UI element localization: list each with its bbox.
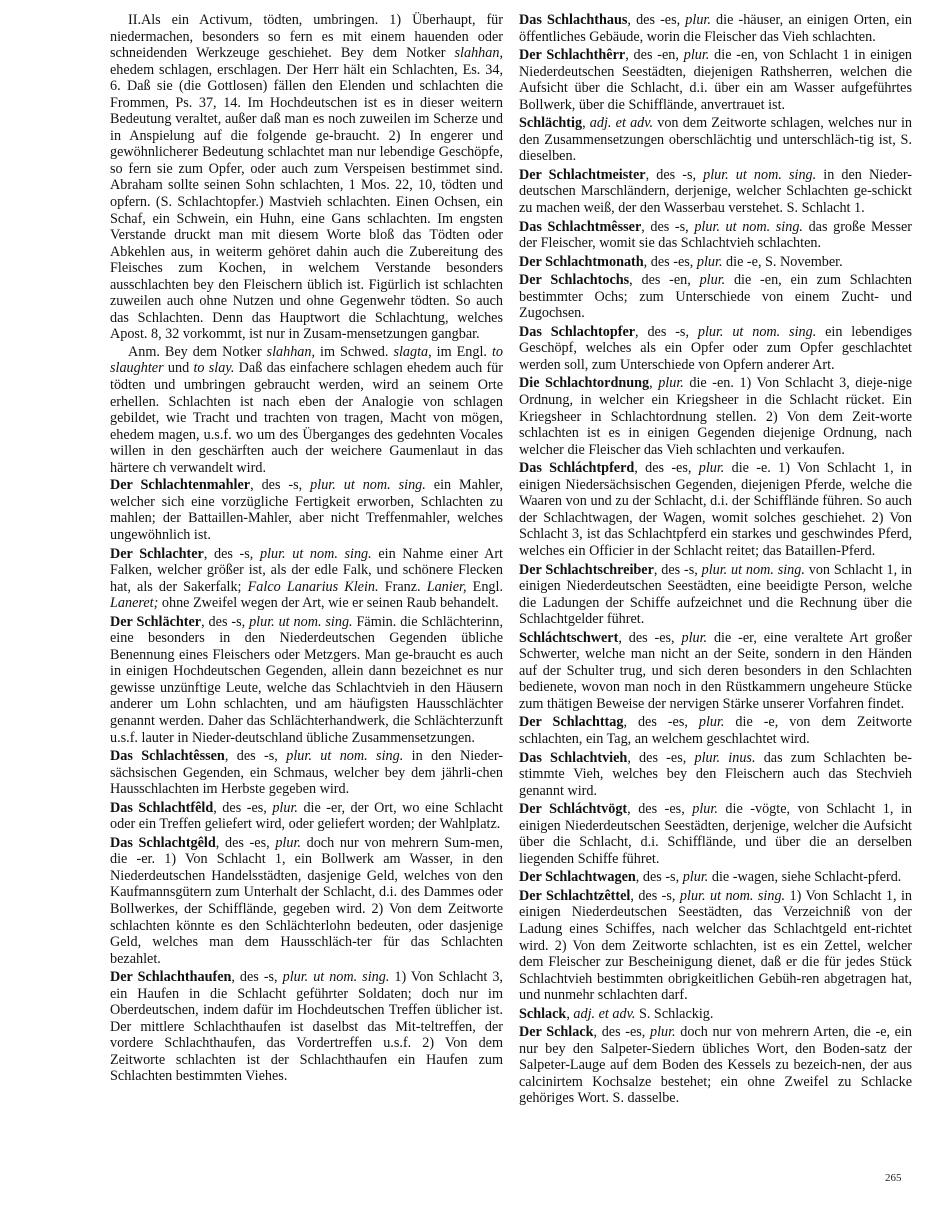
headword: Das Schlachtgêld [110, 835, 216, 851]
text: II.Als ein Activum, tödten, umbringen. 1… [110, 12, 503, 61]
dictionary-entry: Das Schlachtêssen, des -s, plur. ut nom.… [110, 748, 503, 798]
dictionary-entry: Schlächtig, adj. et adv. von dem Zeitwor… [519, 115, 912, 165]
text: , des -es, [216, 835, 276, 851]
text: die -e, S. November. [723, 254, 843, 270]
text: Anm. Bey dem Notker [128, 344, 267, 360]
headword: Das Schlachtêssen [110, 748, 225, 764]
text: ehedem schlagen, erschlagen. Der Herr hä… [110, 62, 503, 343]
text: und [164, 360, 194, 376]
italic-text: plur. ut nom. sing. [703, 167, 816, 183]
text: doch nur von mehrern Sum-men, die -er. 1… [110, 835, 503, 967]
headword: Der Schlachtmeister [519, 167, 646, 183]
headword: Der Schláchtvögt [519, 801, 627, 817]
text: , des -es, [594, 1024, 650, 1040]
text: S. Schlackig. [635, 1006, 713, 1022]
dictionary-entry: Das Schlachtgêld, des -es, plur. doch nu… [110, 835, 503, 967]
italic-text: plur. inus. [694, 750, 755, 766]
text: Fämin. die Schlächterinn, eine besonders… [110, 614, 503, 746]
body-paragraph: Anm. Bey dem Notker slahhan, im Schwed. … [110, 344, 503, 476]
dictionary-entry: Der Schlachtochs, des -en, plur. die -en… [519, 272, 912, 322]
text: im Schwed. [315, 344, 393, 360]
text: , des -es, [623, 714, 698, 730]
text: , des -s, [654, 562, 702, 578]
italic-text: slahhan, [455, 45, 503, 61]
dictionary-page: II.Als ein Activum, tödten, umbringen. 1… [0, 0, 935, 1210]
headword: Der Schlack [519, 1024, 594, 1040]
headword: Der Schlachtzêttel [519, 888, 630, 904]
dictionary-entry: Die Schlachtordnung, plur. die -en. 1) V… [519, 375, 912, 458]
text: Franz. [379, 579, 427, 595]
text: Daß das einfachere schlagen ehedem auch … [110, 360, 503, 475]
headword: Der Schlachtochs [519, 272, 629, 288]
italic-text: adj. et adv. [590, 115, 653, 131]
italic-text: plur. [683, 869, 709, 885]
headword: Der Schlachthêrr [519, 47, 625, 63]
dictionary-entry: Der Schlachter, des -s, plur. ut nom. si… [110, 546, 503, 612]
dictionary-entry: Das Schláchtpferd, des -es, plur. die -e… [519, 460, 912, 559]
headword: Das Schláchtpferd [519, 460, 634, 476]
text: ohne Zweifel wegen der Art, wie er seine… [158, 595, 498, 611]
italic-text: plur. [684, 47, 710, 63]
dictionary-entry: Der Schlachttag, des -es, plur. die -e, … [519, 714, 912, 747]
text: , [582, 115, 590, 131]
italic-text: plur. ut nom. sing. [249, 614, 353, 630]
italic-text: plur. ut nom. sing. [698, 324, 816, 340]
italic-text: plur. ut nom. sing. [283, 969, 390, 985]
headword: Schlächtig [519, 115, 582, 131]
headword: Schláchtschwert [519, 630, 618, 646]
text: , des -s, [641, 219, 694, 235]
italic-text: plur. [685, 12, 711, 28]
dictionary-entry: Der Schlachtzêttel, des -s, plur. ut nom… [519, 888, 912, 1004]
dictionary-entry: Schláchtschwert, des -es, plur. die -er,… [519, 630, 912, 713]
text: , des -s, [636, 869, 683, 885]
text: , des -s, [201, 614, 249, 630]
page-number: 265 [885, 1172, 902, 1184]
dictionary-entry: Der Schlack, des -es, plur. doch nur von… [519, 1024, 912, 1107]
text: , des -en, [629, 272, 699, 288]
dictionary-entry: Der Schlachtwagen, des -s, plur. die -wa… [519, 869, 912, 886]
headword: Das Schlachtmêsser [519, 219, 641, 235]
dictionary-entry: Der Schlachtenmahler, des -s, plur. ut n… [110, 477, 503, 543]
dictionary-entry: Das Schlachtmêsser, des -s, plur. ut nom… [519, 219, 912, 252]
headword: Der Schlachter [110, 546, 204, 562]
text: , des -es, [644, 254, 697, 270]
text: , des -s, [635, 324, 698, 340]
italic-text: adj. et adv. [573, 1006, 635, 1022]
italic-text: plur. ut nom. sing. [694, 219, 803, 235]
dictionary-entry: Der Schlachtmeister, des -s, plur. ut no… [519, 167, 912, 217]
text: , des -s, [225, 748, 286, 764]
text: , des -es, [627, 801, 692, 817]
italic-text: plur. [272, 800, 298, 816]
italic-text: slahhan, [267, 344, 315, 360]
headword: Das Schlachtopfer [519, 324, 635, 340]
text: , des -s, [204, 546, 260, 562]
dictionary-entry: Das Schlachthaus, des -es, plur. die -hä… [519, 12, 912, 45]
italic-text: plur. ut nom. sing. [680, 888, 785, 904]
text: , des -s, [630, 888, 680, 904]
dictionary-entry: Der Schlachthaufen, des -s, plur. ut nom… [110, 969, 503, 1085]
text: , des -es, [627, 12, 685, 28]
headword: Der Schlächter [110, 614, 201, 630]
text: , des -es, [618, 630, 681, 646]
text: , des -s, [250, 477, 310, 493]
italic-text: to slay. [193, 360, 234, 376]
dictionary-entry: Das Schlachtfêld, des -es, plur. die -er… [110, 800, 503, 833]
text: , des -s, [231, 969, 282, 985]
italic-text: plur. [697, 254, 723, 270]
italic-text: plur. [681, 630, 707, 646]
italic-text: Falco Lanarius Klein. [248, 579, 379, 595]
text: , des -s, [646, 167, 704, 183]
text: , des -es, [634, 460, 698, 476]
italic-text: plur. [650, 1024, 676, 1040]
headword: Der Schlachtmonath [519, 254, 644, 270]
italic-text: plur. [699, 460, 725, 476]
body-paragraph: II.Als ein Activum, tödten, umbringen. 1… [110, 12, 503, 343]
headword: Das Schlachthaus [519, 12, 627, 28]
text: Engl. [467, 579, 504, 595]
dictionary-entry: Das Schlachtvieh, des -es, plur. inus. d… [519, 750, 912, 800]
text: , des -en, [625, 47, 684, 63]
text: die -wagen, siehe Schlacht-pferd. [708, 869, 901, 885]
right-column: Das Schlachthaus, des -es, plur. die -hä… [519, 12, 912, 1109]
headword: Der Schlachthaufen [110, 969, 231, 985]
dictionary-entry: Schlack, adj. et adv. S. Schlackig. [519, 1006, 912, 1023]
italic-text: plur. [700, 272, 726, 288]
text: 1) Von Schlacht 3, ein Haufen in die Sch… [110, 969, 503, 1084]
headword: Das Schlachtvieh [519, 750, 627, 766]
headword: Der Schlachttag [519, 714, 623, 730]
dictionary-entry: Das Schlachtopfer, des -s, plur. ut nom.… [519, 324, 912, 374]
italic-text: Laneret; [110, 595, 158, 611]
italic-text: plur. ut nom. sing. [310, 477, 426, 493]
headword: Der Schlachtwagen [519, 869, 636, 885]
headword: Die Schlachtordnung [519, 375, 649, 391]
text: , des -es, [627, 750, 694, 766]
italic-text: Lanier, [427, 579, 467, 595]
text: im Engl. [432, 344, 492, 360]
dictionary-entry: Der Schlächter, des -s, plur. ut nom. si… [110, 614, 503, 746]
italic-text: plur. ut nom. sing. [702, 562, 805, 578]
italic-text: plur. ut nom. sing. [286, 748, 403, 764]
italic-text: plur. [699, 714, 725, 730]
dictionary-entry: Der Schláchtvögt, des -es, plur. die -vö… [519, 801, 912, 867]
dictionary-entry: Der Schlachthêrr, des -en, plur. die -en… [519, 47, 912, 113]
text: 1) Von Schlacht 1, in einigen Niederdeut… [519, 888, 912, 1003]
text: , des -es, [213, 800, 272, 816]
headword: Der Schlachtenmahler [110, 477, 250, 493]
italic-text: plur. ut nom. sing. [260, 546, 372, 562]
dictionary-entry: Der Schlachtmonath, des -es, plur. die -… [519, 254, 912, 271]
dictionary-entry: Der Schlachtschreiber, des -s, plur. ut … [519, 562, 912, 628]
headword: Das Schlachtfêld [110, 800, 213, 816]
italic-text: plur. [275, 835, 301, 851]
italic-text: plur. [692, 801, 718, 817]
left-column: II.Als ein Activum, tödten, umbringen. 1… [110, 12, 503, 1087]
text: , [649, 375, 658, 391]
italic-text: slagta, [393, 344, 431, 360]
italic-text: plur. [658, 375, 684, 391]
headword: Schlack [519, 1006, 566, 1022]
headword: Der Schlachtschreiber [519, 562, 654, 578]
